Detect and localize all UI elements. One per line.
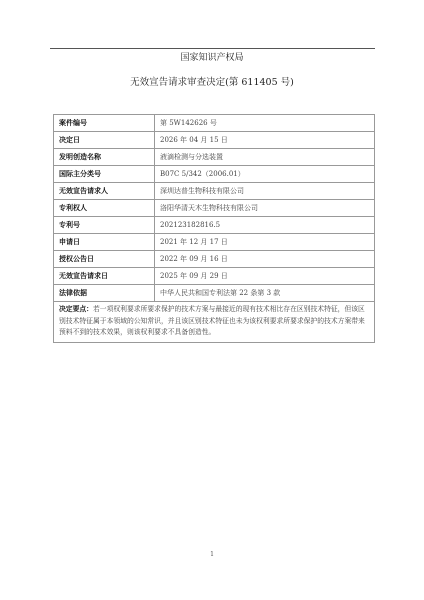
row-label: 无效宣告请求日 <box>54 268 155 285</box>
row-label: 法律依据 <box>54 285 155 302</box>
row-value: 中华人民共和国专利法第 22 条第 3 款 <box>155 285 375 302</box>
row-value: 第 5W142626 号 <box>155 115 375 132</box>
row-value: 洛阳华清天木生物科技有限公司 <box>155 200 375 217</box>
row-value: 2022 年 09 月 16 日 <box>155 251 375 268</box>
row-value: 2025 年 09 月 29 日 <box>155 268 375 285</box>
decision-text: 若一项权利要求所要求保护的技术方案与最接近的现有技术相比存在区别技术特征，但该区… <box>59 305 365 336</box>
row-label: 专利号 <box>54 217 155 234</box>
agency-name: 国家知识产权局 <box>0 50 424 63</box>
row-value: 液滴检测与分选装置 <box>155 149 375 166</box>
table-row: 无效宣告请求人 深圳达普生物科技有限公司 <box>54 183 375 200</box>
table-row: 法律依据 中华人民共和国专利法第 22 条第 3 款 <box>54 285 375 302</box>
header-rule <box>50 48 375 49</box>
table-row: 授权公告日 2022 年 09 月 16 日 <box>54 251 375 268</box>
row-value: 深圳达普生物科技有限公司 <box>155 183 375 200</box>
row-label: 案件编号 <box>54 115 155 132</box>
table-row: 申请日 2021 年 12 月 17 日 <box>54 234 375 251</box>
table-row: 案件编号 第 5W142626 号 <box>54 115 375 132</box>
table-row: 决定日 2026 年 04 月 15 日 <box>54 132 375 149</box>
row-value: 2026 年 04 月 15 日 <box>155 132 375 149</box>
row-value: B07C 5/342（2006.01） <box>155 166 375 183</box>
row-label: 申请日 <box>54 234 155 251</box>
table-row: 专利号 202123182816.5 <box>54 217 375 234</box>
row-label: 国际主分类号 <box>54 166 155 183</box>
row-label: 授权公告日 <box>54 251 155 268</box>
decision-summary: 决定要点：若一项权利要求所要求保护的技术方案与最接近的现有技术相比存在区别技术特… <box>54 302 375 343</box>
table-row: 专利权人 洛阳华清天木生物科技有限公司 <box>54 200 375 217</box>
row-value: 2021 年 12 月 17 日 <box>155 234 375 251</box>
table-row: 无效宣告请求日 2025 年 09 月 29 日 <box>54 268 375 285</box>
table-row: 发明创造名称 液滴检测与分选装置 <box>54 149 375 166</box>
page-number: 1 <box>0 551 424 558</box>
row-label: 无效宣告请求人 <box>54 183 155 200</box>
document-title: 无效宣告请求审查决定(第 611405 号) <box>0 74 424 88</box>
case-info-table: 案件编号 第 5W142626 号 决定日 2026 年 04 月 15 日 发… <box>53 114 375 343</box>
decision-row: 决定要点：若一项权利要求所要求保护的技术方案与最接近的现有技术相比存在区别技术特… <box>54 302 375 343</box>
decision-label: 决定要点： <box>59 305 93 313</box>
row-value: 202123182816.5 <box>155 217 375 234</box>
table-row: 国际主分类号 B07C 5/342（2006.01） <box>54 166 375 183</box>
row-label: 专利权人 <box>54 200 155 217</box>
row-label: 决定日 <box>54 132 155 149</box>
row-label: 发明创造名称 <box>54 149 155 166</box>
